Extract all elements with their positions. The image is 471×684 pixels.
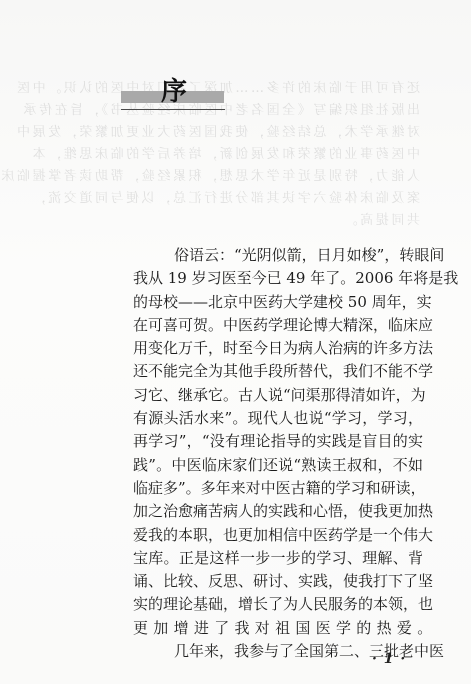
bleed-line: 人能力，特别是近年学术思想，积累经验，帮助读者掌握临床: [55, 166, 420, 188]
bleed-line: 对继承学术，总结经验，使我国医药大业更加繁荣，发展中: [55, 122, 420, 144]
page-number: · 1 ·: [372, 651, 406, 667]
text-line: 还不能完全为其他手段所替代，我们不能不学: [133, 360, 423, 383]
preface-body: 俗语云：“光阴似箭，日月如梭”，转眼间 我从 19 岁习医至今已 49 年了。2…: [133, 244, 423, 663]
document-page: 还有可用于临床的许多……加深了我们对中医的认识。中医 出版社组织编写《全国名老中…: [0, 0, 471, 684]
text-line: 习它、继承它。古人说“问渠那得清如许，为: [133, 384, 423, 407]
text-line: 诵、比较、反思、研讨、实践，使我打下了坚: [133, 570, 423, 593]
bleed-through-text: 还有可用于临床的许多……加深了我们对中医的认识。中医 出版社组织编写《全国名老中…: [55, 78, 420, 232]
bleed-line: 出版社组织编写《全国名老中医临床经验丛书》，旨在传承: [55, 100, 420, 122]
bleed-line: 案及临床体验六字诀其部分进行汇总，以便与同道交流，: [55, 188, 420, 210]
title-underline: [121, 109, 225, 110]
text-line: 更加增进了我对祖国医学的热爱。: [133, 617, 423, 640]
text-line: 加之治愈痛苦病人的实践和心悟，使我更加热: [133, 500, 423, 523]
text-line: 用变化万千，时至今日为病人治病的许多方法: [133, 337, 423, 360]
section-title: 序: [161, 78, 187, 106]
text-line: 践”。中医临床家们还说“熟读王叔和，不如: [133, 454, 423, 477]
text-line: 爱我的本职，也更加相信中医药学是一个伟大: [133, 524, 423, 547]
text-line: 我从 19 岁习医至今已 49 年了。2006 年将是我: [133, 267, 423, 290]
text-line: 临症多”。多年来对中医古籍的学习和研读，: [133, 477, 423, 500]
section-heading: 序: [121, 78, 225, 112]
text-line: 的母校——北京中医药大学建校 50 周年，实: [133, 291, 423, 314]
bleed-line: 共同提高。: [55, 210, 420, 232]
text-line: 俗语云：“光阴似箭，日月如梭”，转眼间: [133, 244, 423, 267]
text-line: 实的理论基础，增长了为人民服务的本领，也: [133, 593, 423, 616]
bleed-line: 还有可用于临床的许多……加深了我们对中医的认识。中医: [55, 78, 420, 100]
bleed-line: 中医药事业的繁荣和发展创新，培养后学的临床思维，本: [55, 144, 420, 166]
text-line: 有源头活水来”。现代人也说“学习，学习，: [133, 407, 423, 430]
text-line: 再学习”，“没有理论指导的实践是盲目的实: [133, 430, 423, 453]
text-line: 宝库。正是这样一步一步的学习、理解、背: [133, 547, 423, 570]
text-line: 在可喜可贺。中医药学理论博大精深，临床应: [133, 314, 423, 337]
